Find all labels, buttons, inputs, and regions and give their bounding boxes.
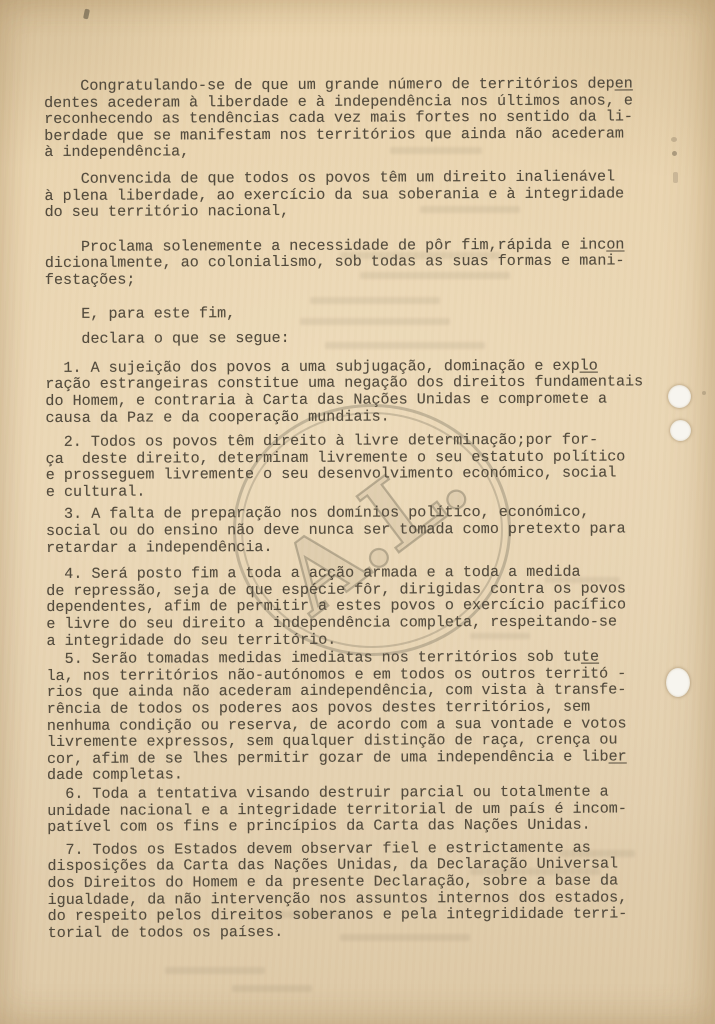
document-body: Congratulando-se de que um grande número… xyxy=(44,75,678,941)
text-line: torial de todos os países. xyxy=(48,922,678,941)
text-line: dicionalmente, ao colonialismo, sob toda… xyxy=(45,253,675,272)
text-line: do respeito pelos direitos soberanos e p… xyxy=(48,905,678,924)
text-line: dade completas. xyxy=(47,765,677,784)
text-line: retardar a independência. xyxy=(46,537,676,556)
paragraph: 7. Todos os Estados devem observar fiel … xyxy=(47,839,677,941)
hyphenation-underline: on xyxy=(606,235,624,253)
hyphenation-underline: lo xyxy=(580,356,598,374)
bleed-through-smudge xyxy=(232,985,312,992)
paragraph: 3. A falta de preparação nos domínios po… xyxy=(46,504,676,557)
ink-speck xyxy=(671,137,677,142)
text-line: cor, afim de se lhes permitir gozar de u… xyxy=(47,748,677,767)
text-line: social ou do ensino não deve nunca ser t… xyxy=(46,520,676,539)
paragraph: Proclama solenemente a necessidade de pô… xyxy=(45,236,675,289)
text-line: causa da Paz e da cooperação mundiais. xyxy=(45,407,675,426)
paragraph: E, para este fim, xyxy=(45,303,675,322)
text-line: à plena liberdade, ao exercício da sua s… xyxy=(44,185,674,204)
paragraph: 5. Serão tomadas medidas imediatas nos t… xyxy=(47,648,678,783)
text-line: patível com os fins e princípios da Cart… xyxy=(47,816,677,835)
text-line: E, para este fim, xyxy=(45,303,675,322)
paragraph: Convencida de que todos os povos têm um … xyxy=(44,168,674,221)
text-line: a integridade do seu território. xyxy=(46,630,676,649)
ink-speck xyxy=(702,391,706,395)
hyphenation-underline: er xyxy=(609,747,627,765)
paragraph: 6. Toda a tentativa visando destruir par… xyxy=(47,783,677,836)
ink-speck xyxy=(214,241,217,244)
paragraph: 4. Será posto fim a toda a acção armada … xyxy=(46,563,676,649)
paragraph: Congratulando-se de que um grande número… xyxy=(44,75,674,161)
text-line: e cultural. xyxy=(46,481,676,500)
text-line: berdade que se manifestam nos território… xyxy=(44,125,674,144)
text-line: do seu território nacional, xyxy=(45,201,675,220)
paragraph: declara o que se segue: xyxy=(45,328,675,347)
scanned-page: A.L. Congratulando-se de que um grande n… xyxy=(0,0,715,1024)
paragraph: 1. A sujeição dos povos a uma subjugação… xyxy=(45,357,675,426)
hyphenation-underline: te xyxy=(581,648,599,666)
punch-hole xyxy=(670,420,691,441)
text-line: do Homem, e contraria à Carta das Nações… xyxy=(45,390,675,409)
ink-speck xyxy=(673,172,678,183)
ink-speck xyxy=(83,9,90,20)
text-line: festações; xyxy=(45,269,675,288)
bleed-through-smudge xyxy=(165,967,265,974)
ink-speck xyxy=(672,151,677,156)
punch-hole xyxy=(668,385,691,408)
text-line: e livre do seu direito a independência c… xyxy=(46,613,676,632)
paragraph: 2. Todos os povos têm direito à livre de… xyxy=(46,431,676,500)
text-line: declara o que se segue: xyxy=(45,328,675,347)
hyphenation-underline: en xyxy=(615,74,633,92)
text-line: e prosseguem livremente o seu desenvolvi… xyxy=(46,465,676,484)
text-line: à independência, xyxy=(44,142,674,161)
punch-hole xyxy=(666,668,690,697)
